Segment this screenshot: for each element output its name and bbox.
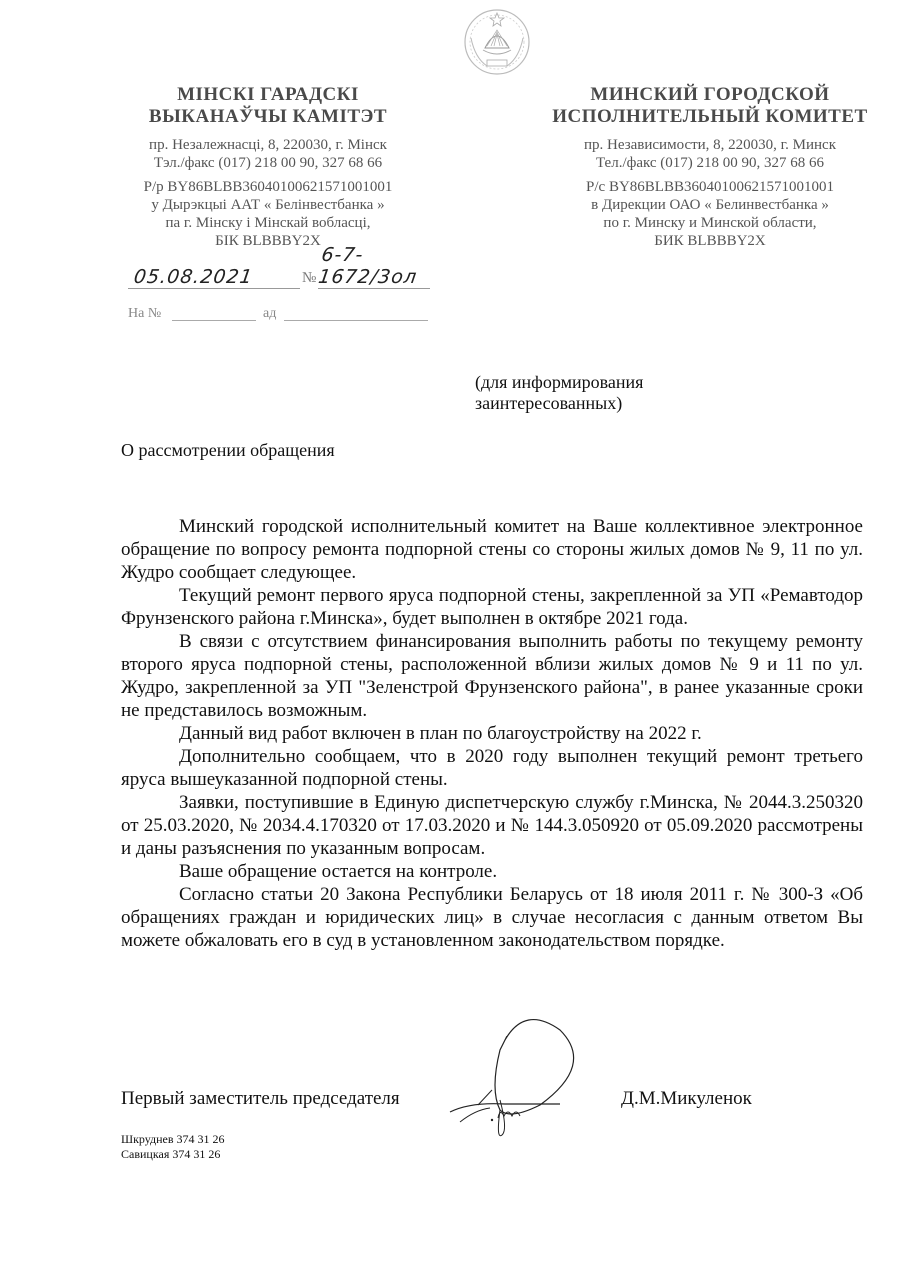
- address: пр. Независимости, 8, 220030, г. Минск: [540, 136, 880, 154]
- reply-to-blank: [172, 320, 256, 321]
- paragraph: Согласно статьи 20 Закона Республики Бел…: [121, 883, 863, 952]
- from-blank: [284, 320, 428, 321]
- phone: Тэл./факс (017) 218 00 90, 327 68 66: [108, 154, 428, 172]
- bank-region: по г. Минску и Минской области,: [540, 214, 880, 232]
- executor-contacts: Шкруднев 374 31 26 Савицкая 374 31 26: [121, 1132, 225, 1162]
- recipient: (для информирования заинтересованных): [475, 372, 643, 414]
- recipient-line1: (для информирования: [475, 372, 643, 393]
- paragraph: Данный вид работ включен в план по благо…: [121, 722, 863, 745]
- number-sign: №: [302, 270, 316, 287]
- phone: Тел./факс (017) 218 00 90, 327 68 66: [540, 154, 880, 172]
- bank-name: в Дирекции ОАО « Белинвестбанка »: [540, 196, 880, 214]
- from-label: ад: [263, 306, 276, 322]
- letterhead-belarusian: МІНСКІ ГАРАДСКІ ВЫКАНАЎЧЫ КАМІТЭТ пр. Не…: [108, 84, 428, 250]
- bank-account: Р/р BY86BLBB36040100621571001001: [108, 178, 428, 196]
- handwritten-signature: [430, 1010, 610, 1150]
- paragraph: Минский городской исполнительный комитет…: [121, 515, 863, 584]
- outgoing-date-field: 05.08.2021: [128, 262, 300, 289]
- paragraph: Заявки, поступившие в Единую диспетчерск…: [121, 791, 863, 860]
- contact-line: Шкруднев 374 31 26: [121, 1132, 225, 1147]
- outgoing-number: 6-7-1672/3ол: [317, 244, 433, 288]
- recipient-line2: заинтересованных): [475, 393, 643, 414]
- subject: О рассмотрении обращения: [121, 440, 335, 461]
- paragraph: Ваше обращение остается на контроле.: [121, 860, 863, 883]
- paragraph: В связи с отсутствием финансирования вып…: [121, 630, 863, 722]
- letterhead-russian: МИНСКИЙ ГОРОДСКОЙ ИСПОЛНИТЕЛЬНЫЙ КОМИТЕТ…: [540, 84, 880, 250]
- state-emblem-icon: [463, 8, 531, 76]
- bank-account: Р/с BY86BLBB36040100621571001001: [540, 178, 880, 196]
- org-name-line2: ВЫКАНАЎЧЫ КАМІТЭТ: [108, 106, 428, 128]
- org-name-ru: МИНСКИЙ ГОРОДСКОЙ ИСПОЛНИТЕЛЬНЫЙ КОМИТЕТ: [540, 84, 880, 128]
- reply-to-label: На №: [128, 306, 161, 322]
- signer-position: Первый заместитель председателя: [121, 1088, 400, 1110]
- paragraph: Дополнительно сообщаем, что в 2020 году …: [121, 745, 863, 791]
- org-name-line1: МІНСКІ ГАРАДСКІ: [108, 84, 428, 106]
- outgoing-number-field: 6-7-1672/3ол: [318, 262, 430, 289]
- paragraph: Текущий ремонт первого яруса подпорной с…: [121, 584, 863, 630]
- org-name-by: МІНСКІ ГАРАДСКІ ВЫКАНАЎЧЫ КАМІТЭТ: [108, 84, 428, 128]
- signer-name: Д.М.Микуленок: [621, 1088, 752, 1110]
- outgoing-date: 05.08.2021: [132, 266, 254, 288]
- bic-code: БИК BLBBBY2X: [540, 232, 880, 250]
- bank-region: па г. Мінску і Мінскай вобласці,: [108, 214, 428, 232]
- org-name-line2: ИСПОЛНИТЕЛЬНЫЙ КОМИТЕТ: [540, 106, 880, 128]
- address: пр. Незалежнасці, 8, 220030, г. Мінск: [108, 136, 428, 154]
- contact-line: Савицкая 374 31 26: [121, 1147, 225, 1162]
- org-name-line1: МИНСКИЙ ГОРОДСКОЙ: [540, 84, 880, 106]
- bank-name: у Дырэкцыі ААТ « Белінвестбанка »: [108, 196, 428, 214]
- letter-body: Минский городской исполнительный комитет…: [121, 515, 863, 952]
